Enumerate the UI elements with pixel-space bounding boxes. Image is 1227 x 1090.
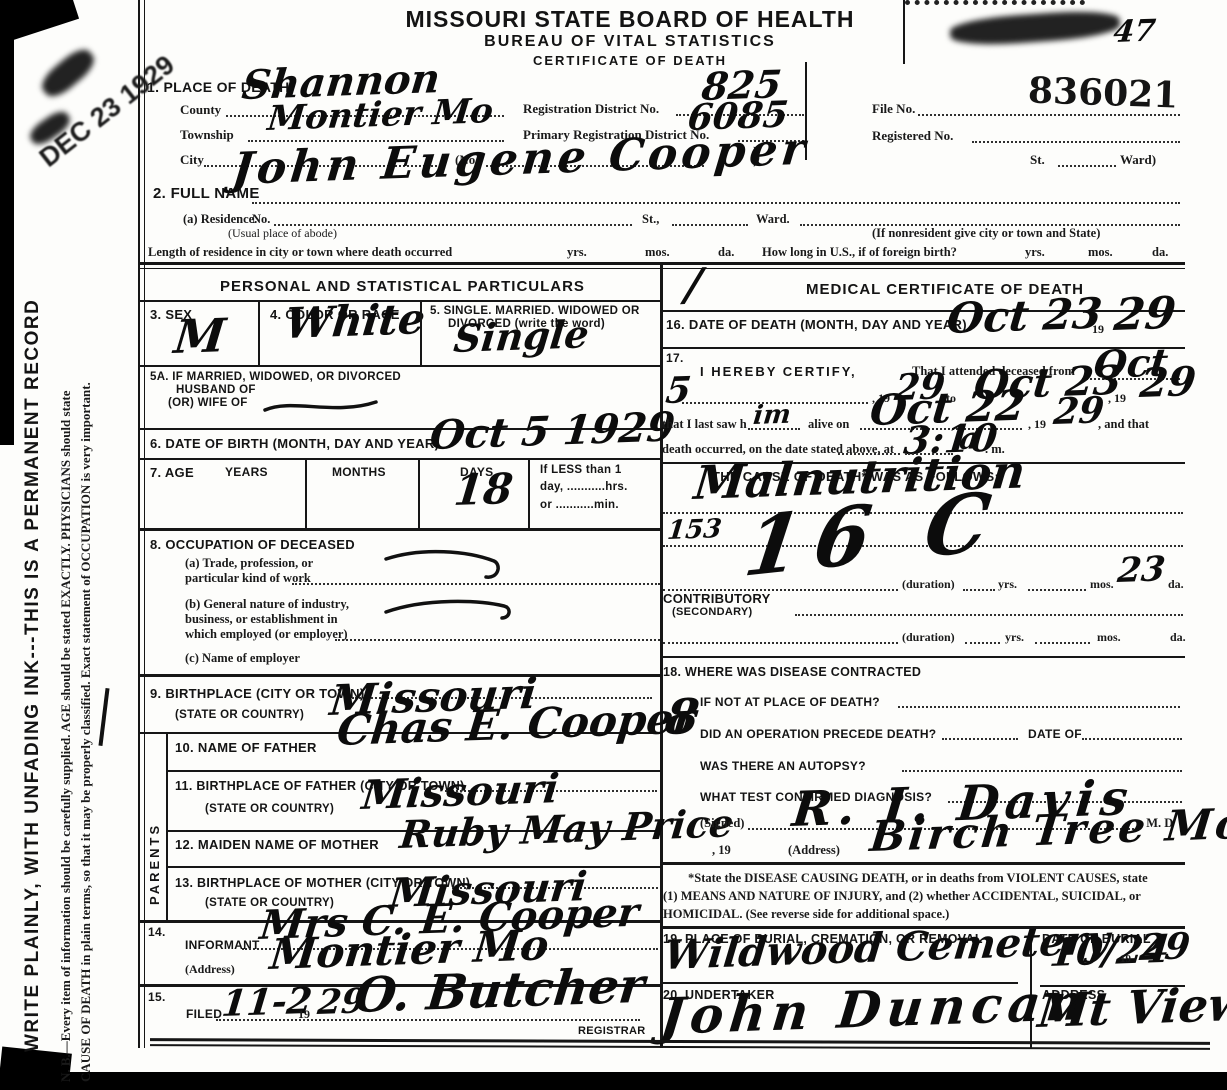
sec18-top-line bbox=[660, 656, 1185, 658]
to-year-value: 29 bbox=[1138, 362, 1198, 404]
operation-dots bbox=[942, 738, 1018, 740]
corner-number-digits: 47 bbox=[1112, 16, 1157, 48]
duration1-yrs: yrs. bbox=[998, 577, 1017, 592]
duration2-dots3 bbox=[1035, 642, 1090, 644]
burial-year-value: 29 bbox=[1138, 928, 1192, 966]
header-box-line bbox=[903, 0, 905, 64]
duration1-dots2 bbox=[963, 589, 995, 591]
residence-no-label: No. bbox=[252, 212, 270, 227]
residence-ward-label: Ward. bbox=[756, 212, 790, 227]
margin-ink-stroke bbox=[98, 688, 109, 746]
ifnot-label: IF NOT AT PLACE OF DEATH? bbox=[700, 695, 880, 709]
sec15-label: 15. bbox=[148, 990, 166, 1004]
dateof-label: DATE OF bbox=[1028, 727, 1082, 741]
fullname-dots bbox=[252, 202, 1180, 204]
residence-st-dots bbox=[672, 224, 748, 226]
duration1-label: (duration) bbox=[902, 577, 955, 592]
dateof-dots bbox=[1082, 738, 1182, 740]
form-border-left2 bbox=[144, 0, 145, 1048]
nonresident-note: (If nonresident give city or town and St… bbox=[872, 226, 1100, 241]
form-border-left bbox=[138, 0, 140, 1048]
father-label: 10. NAME OF FATHER bbox=[175, 740, 317, 755]
full-name-value: John Eugene Cooper bbox=[230, 128, 811, 192]
abode-note: (Usual place of abode) bbox=[228, 226, 337, 241]
occ-a-dash-scrawl bbox=[382, 545, 512, 587]
sig-address-label: (Address) bbox=[788, 843, 840, 858]
age-days-value: 18 bbox=[452, 468, 515, 512]
certificate-subtitle: CERTIFICATE OF DEATH bbox=[390, 53, 870, 68]
age-div2 bbox=[418, 460, 420, 528]
duration2-dots bbox=[663, 642, 898, 644]
burial-19-label: 19 bbox=[1120, 953, 1131, 965]
howlong-da: da. bbox=[1152, 245, 1168, 260]
autopsy-dots bbox=[902, 770, 1182, 772]
ifnot-dots bbox=[898, 706, 1180, 708]
scan-edge-left bbox=[0, 0, 14, 445]
township-label: Township bbox=[180, 127, 234, 143]
dod-value: Oct 23 bbox=[945, 292, 1104, 340]
margin-warning-text: WRITE PLAINLY, WITH UNFADING INK---THIS … bbox=[22, 299, 44, 1052]
sec14-label: 14. bbox=[148, 925, 166, 939]
registered-no-dots bbox=[972, 141, 1180, 143]
medical-check-mark: / bbox=[683, 263, 704, 308]
city-label: City bbox=[180, 152, 204, 168]
length-yrs: yrs. bbox=[567, 245, 587, 260]
sig-19-label: , 19 bbox=[712, 843, 731, 858]
sec18-label: 18. WHERE WAS DISEASE CONTRACTED bbox=[663, 665, 921, 679]
registrar-signature: O. Butcher bbox=[352, 962, 647, 1020]
sec5a-label3: (OR) WIFE OF bbox=[168, 397, 248, 409]
duration2-da: da. bbox=[1170, 630, 1186, 645]
cropped-print-fragment bbox=[905, 0, 1085, 11]
alive-on-label: alive on bbox=[808, 417, 849, 432]
duration1-dots3 bbox=[1028, 589, 1086, 591]
occ-b2: business, or establishment in bbox=[185, 612, 338, 627]
column-divider bbox=[660, 262, 663, 1048]
color-value: White bbox=[283, 298, 427, 345]
length-da: da. bbox=[718, 245, 734, 260]
undertaker-address-value: Mt View bbox=[1036, 980, 1227, 1034]
duration2-yrs: yrs. bbox=[1005, 630, 1024, 645]
age-div3 bbox=[528, 460, 530, 528]
sig-address-value: Birch Tree Mo bbox=[868, 803, 1227, 858]
birthplace-state-note: (STATE OR COUNTRY) bbox=[175, 709, 304, 721]
ward-label: Ward) bbox=[1120, 152, 1156, 168]
dod-19-label: 19 bbox=[1092, 322, 1104, 337]
secondary-label: (SECONDARY) bbox=[672, 606, 753, 618]
informant-address-label: (Address) bbox=[185, 962, 235, 977]
duration1-mos: mos. bbox=[1090, 577, 1114, 592]
sex-color-divider bbox=[258, 300, 260, 366]
bureau-subtitle: BUREAU OF VITAL STATISTICS bbox=[390, 33, 870, 51]
dod-year-value: 29 bbox=[1112, 292, 1178, 338]
lastsaw-him-scrawl: im bbox=[752, 402, 792, 429]
statistical-title: PERSONAL AND STATISTICAL PARTICULARS bbox=[150, 278, 655, 295]
certify-bold: I HEREBY CERTIFY, bbox=[700, 364, 857, 379]
duration2-label: (duration) bbox=[902, 630, 955, 645]
contributory-dots bbox=[795, 614, 1183, 616]
occ-c: (c) Name of employer bbox=[185, 651, 300, 666]
footnote-line3: HOMICIDAL. (See reverse side for additio… bbox=[663, 907, 949, 922]
county-label: County bbox=[180, 102, 221, 118]
age-label: 7. AGE bbox=[150, 465, 194, 480]
age-years-label: YEARS bbox=[225, 465, 268, 479]
occ-b1: (b) General nature of industry, bbox=[185, 597, 349, 612]
occupation-label: 8. OCCUPATION OF DECEASED bbox=[150, 537, 355, 552]
autopsy-label: WAS THERE AN AUTOPSY? bbox=[700, 759, 866, 773]
to-19-label: , 19 bbox=[1108, 391, 1126, 406]
father-value: Chas E. Cooper bbox=[335, 697, 698, 752]
age-less3: or ...........min. bbox=[540, 499, 619, 511]
fileno-label: File No. bbox=[872, 101, 915, 117]
lastsaw-19-label: , 19 bbox=[1028, 417, 1046, 432]
footnote-line2: (1) MEANS AND NATURE OF INJURY, and (2) … bbox=[663, 889, 1141, 904]
age-less1: If LESS than 1 bbox=[540, 464, 622, 476]
age-months-label: MONTHS bbox=[332, 465, 386, 479]
st-dots bbox=[1058, 165, 1116, 167]
form-bottom-line2 bbox=[150, 1044, 1210, 1050]
sec5a-label2: HUSBAND OF bbox=[176, 384, 256, 396]
margin-eight-scrawl: 8 bbox=[663, 693, 701, 742]
marital-value: Single bbox=[452, 315, 591, 358]
dob-value: Oct 5 1929 bbox=[428, 407, 677, 456]
signed-label: (Signed) bbox=[700, 816, 744, 831]
mother-label: 12. MAIDEN NAME OF MOTHER bbox=[175, 837, 379, 852]
operation-label: DID AN OPERATION PRECEDE DEATH? bbox=[700, 727, 936, 741]
registered-no-label: Registered No. bbox=[872, 128, 953, 144]
dob-bottom-line bbox=[140, 458, 660, 460]
occ-b-dots bbox=[335, 639, 660, 641]
occ-b3: which employed (or employer) bbox=[185, 627, 348, 642]
footnote-line1: *State the DISEASE CAUSING DEATH, or in … bbox=[688, 871, 1148, 886]
scan-edge-corner bbox=[0, 0, 79, 46]
duration1-da: da. bbox=[1168, 577, 1184, 592]
duration2-dots2 bbox=[965, 642, 1000, 644]
contributory-label: CONTRIBUTORY bbox=[663, 591, 771, 606]
howlong-label: How long in U.S., if of foreign birth? bbox=[762, 245, 957, 260]
sig-address-underline bbox=[660, 862, 1185, 865]
burial-place-value: Wildwood Cemetery bbox=[662, 920, 1112, 976]
length-label: Length of residence in city or town wher… bbox=[148, 245, 452, 260]
row3-bottom-line bbox=[140, 365, 660, 367]
dod-label: 16. DATE OF DEATH (MONTH, DAY AND YEAR) bbox=[666, 317, 967, 332]
st-label: St. bbox=[1030, 152, 1045, 168]
length-mos: mos. bbox=[645, 245, 670, 260]
filed-19-label: 19 bbox=[298, 1007, 310, 1022]
lastsaw-label: that I last saw h bbox=[662, 417, 747, 432]
parents-box-line bbox=[166, 732, 168, 920]
dob-label: 6. DATE OF BIRTH (MONTH, DAY AND YEAR) bbox=[150, 436, 439, 451]
occ-a1: (a) Trade, profession, or bbox=[185, 556, 313, 571]
sex-value: M bbox=[172, 312, 228, 360]
file-number: 836021 bbox=[1027, 69, 1179, 116]
reg-district-label: Registration District No. bbox=[523, 101, 659, 117]
undertaker-value: John Duncan bbox=[658, 977, 1091, 1042]
cause-code-value: 153 bbox=[666, 516, 723, 544]
duration1-days-value: 23 bbox=[1116, 552, 1167, 588]
parents-label: PARENTS bbox=[147, 823, 162, 905]
duration2-mos: mos. bbox=[1097, 630, 1121, 645]
father-state-note: (STATE OR COUNTRY) bbox=[205, 803, 334, 815]
corner-number-smudge bbox=[949, 8, 1121, 48]
age-bottom-line bbox=[140, 528, 660, 531]
scan-edge-bottom bbox=[0, 1072, 1227, 1090]
lastsaw-dots bbox=[748, 428, 800, 430]
residence-st-label: St., bbox=[642, 212, 659, 227]
occ-b-dash-scrawl bbox=[382, 592, 522, 626]
death-certificate-scan: WRITE PLAINLY, WITH UNFADING INK---THIS … bbox=[0, 0, 1227, 1090]
residence-label: (a) Residence. bbox=[183, 212, 257, 227]
margin-nb-line1: N. B.—Every item of information should b… bbox=[58, 390, 74, 1082]
margin-nb-line2: CAUSE OF DEATH in plain terms, so that i… bbox=[78, 382, 94, 1082]
board-title: MISSOURI STATE BOARD OF HEALTH bbox=[390, 6, 870, 33]
age-div1 bbox=[305, 460, 307, 528]
howlong-yrs: yrs. bbox=[1025, 245, 1045, 260]
stamp-ink-blob bbox=[37, 44, 100, 102]
spouse-dash-scrawl bbox=[262, 392, 382, 420]
registrar-label: REGISTRAR bbox=[578, 1025, 645, 1037]
large-ink-scrawl: 16 C bbox=[740, 479, 1009, 588]
andthat-label: , and that bbox=[1098, 417, 1149, 432]
township-value: Montier Mo bbox=[266, 94, 495, 136]
mother-value: Ruby May Price bbox=[398, 804, 735, 854]
sec5a-label1: 5A. IF MARRIED, WIDOWED, OR DIVORCED bbox=[150, 371, 401, 383]
color-marital-divider bbox=[420, 300, 422, 366]
howlong-mos: mos. bbox=[1088, 245, 1113, 260]
age-less2: day, ...........hrs. bbox=[540, 481, 628, 493]
medical-title-line bbox=[660, 310, 1185, 312]
sec17-label: 17. bbox=[666, 351, 684, 365]
